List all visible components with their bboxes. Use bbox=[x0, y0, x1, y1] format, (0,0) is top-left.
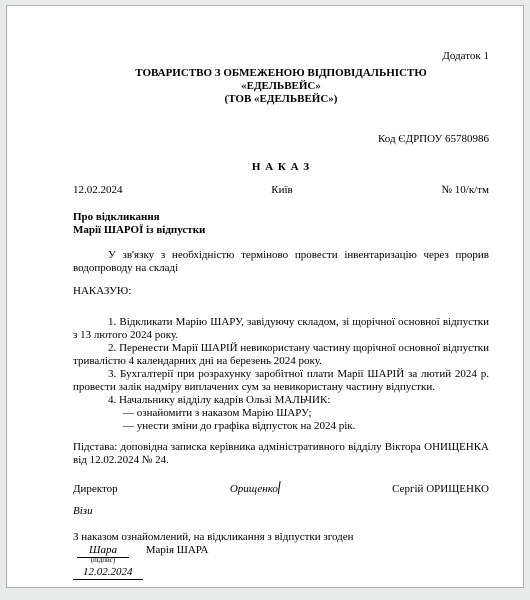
acknowledgement-date: 12.02.2024 bbox=[73, 566, 143, 580]
pen-stroke bbox=[278, 481, 281, 494]
basis-paragraph: Підстава: доповідна записка керівника ад… bbox=[73, 441, 489, 467]
order-item-3: 3. Бухгалтерії при розрахунку заробітної… bbox=[73, 368, 489, 394]
company-name-block: ТОВАРИСТВО З ОБМЕЖЕНОЮ ВІДПОВІДАЛЬНІСТЮ … bbox=[73, 67, 489, 106]
employee-name: Марія ШАРА bbox=[146, 544, 209, 556]
company-name-line3: (ТОВ «ЕДЕЛЬВЕЙС») bbox=[73, 93, 489, 106]
subject-line2: Марії ШАРОЇ із відпустки bbox=[73, 224, 489, 237]
document-city: Київ bbox=[271, 184, 292, 197]
employee-autograph: Шара bbox=[89, 544, 117, 556]
signer-position: Директор bbox=[73, 483, 118, 496]
document-date: 12.02.2024 bbox=[73, 184, 123, 197]
order-item-2: 2. Перенести Марії ШАРІЙ невикористану ч… bbox=[73, 342, 489, 368]
acknowledgement-block: З наказом ознайомлений, на відкликання з… bbox=[73, 531, 489, 580]
order-item-1: 1. Відкликати Марію ШАРУ, завідуючу скла… bbox=[73, 316, 489, 342]
preamble-paragraph: У зв'язку з необхідністю терміново прове… bbox=[73, 249, 489, 275]
meta-row: 12.02.2024 Київ № 10/к/тм bbox=[73, 184, 489, 197]
order-subitem-1: — ознайомити з наказом Марію ШАРУ; bbox=[73, 407, 489, 420]
signer-name: Сергій ОРИЩЕНКО bbox=[392, 483, 489, 496]
order-items: 1. Відкликати Марію ШАРУ, завідуючу скла… bbox=[73, 316, 489, 433]
order-item-4: 4. Начальнику відділу кадрів Ользі МАЛЬЧ… bbox=[73, 394, 489, 407]
order-subitem-2: — унести зміни до графіка відпусток на 2… bbox=[73, 420, 489, 433]
document-page: Додаток 1 ТОВАРИСТВО З ОБМЕЖЕНОЮ ВІДПОВІ… bbox=[6, 5, 524, 588]
order-word: НАКАЗУЮ: bbox=[73, 285, 489, 298]
acknowledgement-text: З наказом ознайомлений, на відкликання з… bbox=[73, 531, 489, 544]
document-title: Н А К А З bbox=[73, 161, 489, 174]
director-signature-row: Директор Орищенко Сергій ОРИЩЕНКО bbox=[73, 479, 489, 496]
document-number: № 10/к/тм bbox=[442, 184, 489, 197]
acknowledgement-date-row: 12.02.2024 bbox=[73, 566, 489, 580]
company-name-line2: «ЕДЕЛЬВЕЙС» bbox=[73, 80, 489, 93]
subject-block: Про відкликання Марії ШАРОЇ із відпустки bbox=[73, 211, 489, 237]
annex-label: Додаток 1 bbox=[73, 50, 489, 63]
signature-caption: (підпис) bbox=[91, 556, 116, 564]
visas-label: Візи bbox=[73, 505, 489, 518]
employee-signature-line: Шара (підпис) bbox=[77, 544, 129, 558]
director-autograph: Орищенко bbox=[230, 479, 280, 496]
company-name-line1: ТОВАРИСТВО З ОБМЕЖЕНОЮ ВІДПОВІДАЛЬНІСТЮ bbox=[73, 67, 489, 80]
acknowledgement-signature-row: Шара (підпис) Марія ШАРА bbox=[73, 544, 489, 558]
subject-line1: Про відкликання bbox=[73, 211, 489, 224]
edrpou-code: Код ЄДРПОУ 65780986 bbox=[73, 133, 489, 146]
